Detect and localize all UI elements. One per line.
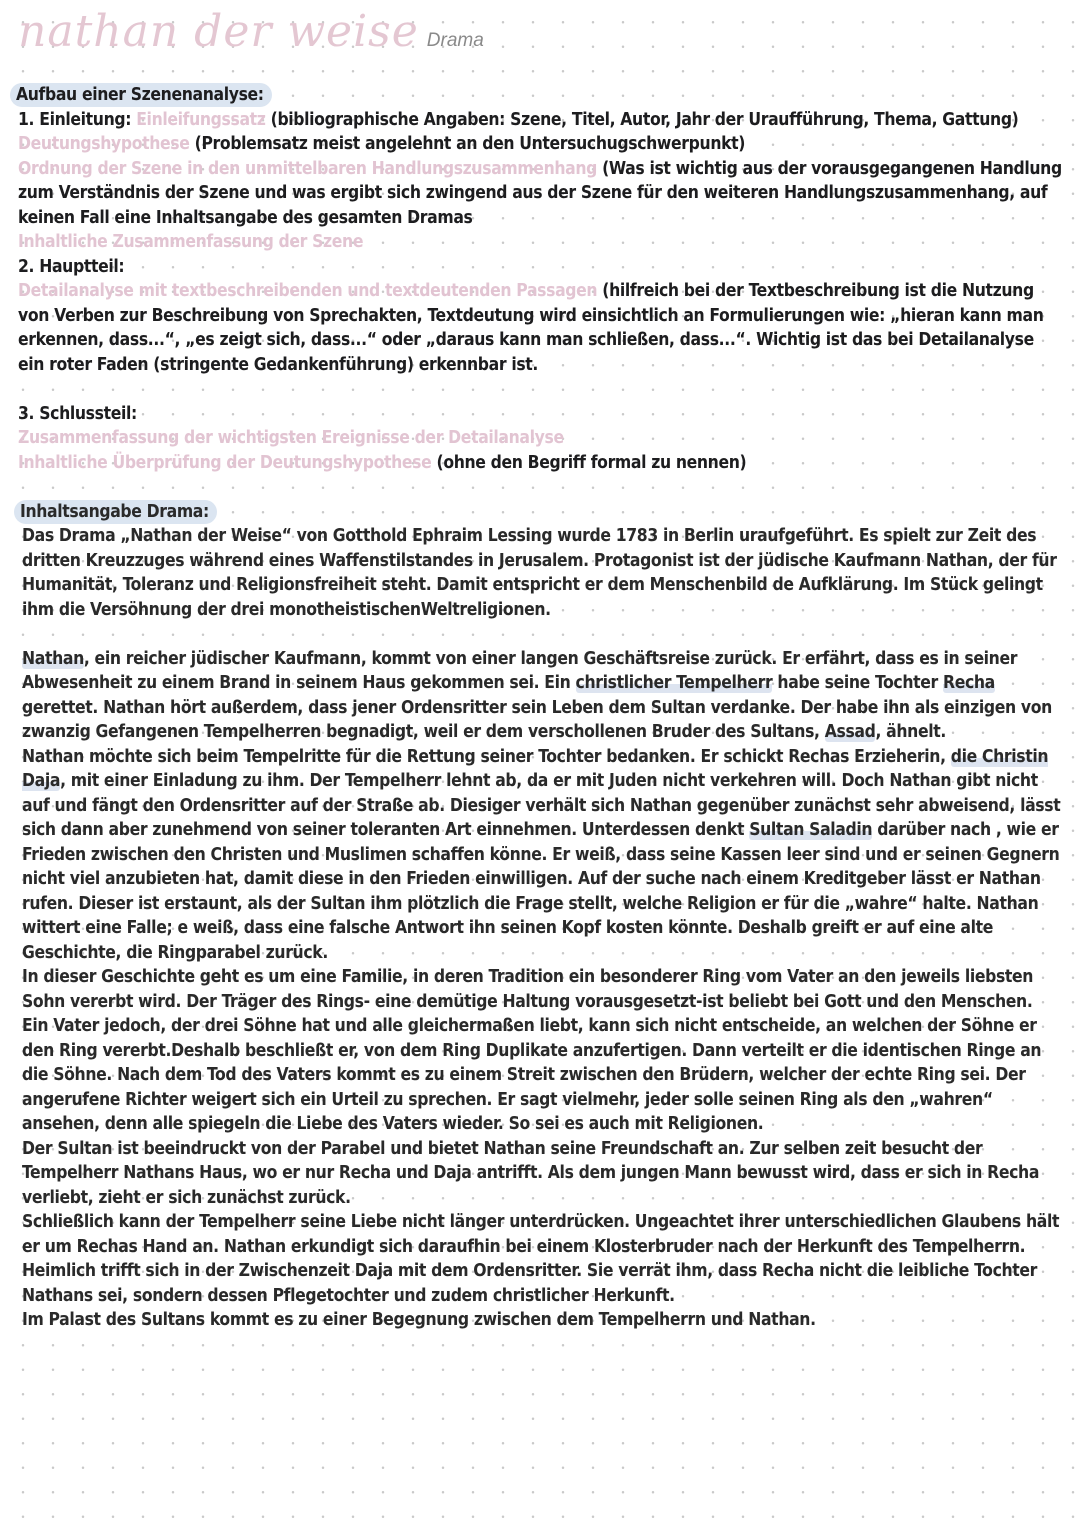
keyword-inhaltliche-zusammenfassung: Inhaltliche Zusammenfassung der Szene [18,232,363,252]
spacer [18,475,1063,500]
inhaltsangabe-paragraph-2: Nathan möchte sich beim Tempelritte für … [22,745,1063,966]
character-saladin: Sultan Saladin [749,820,872,840]
section-inhaltsangabe: Inhaltsangabe Drama: Das Drama „Nathan d… [22,500,1063,1333]
section-heading-szenenanalyse: Aufbau einer Szenenanalyse: [10,83,272,107]
keyword-detailanalyse: Detailanalyse mit textbeschreibenden und… [18,281,597,301]
character-assad: Assad [825,722,876,742]
page-subtitle: Drama [427,30,484,52]
page-title: nathan der weise [18,6,419,57]
spacer [18,377,1063,402]
schlussteil-label: 3. Schlussteil: [18,402,1063,427]
keyword-deutungshypothese: Deutungshypothese [18,134,190,154]
ueberpruefung-description: (ohne den Begriff formal zu nennen) [431,453,746,473]
schlussteil-line-1: Zusammenfassung der wichtigsten Ereignis… [18,426,1063,451]
page-header: nathan der weise Drama [18,6,484,57]
spacer [22,622,1063,647]
einleitung-label: 1. Einleitung: [18,110,131,130]
hauptteil-label: 2. Hauptteil: [18,255,1063,280]
keyword-ueberpruefung-deutungshypothese: Inhaltliche Überprüfung der Deutungshypo… [18,453,431,473]
section-szenenanalyse: Aufbau einer Szenenanalyse: 1. Einleitun… [18,83,1063,475]
einleitung-line-3: Ordnung der Szene in den unmittelbaren H… [18,157,1063,231]
section-heading-inhaltsangabe: Inhaltsangabe Drama: [14,500,217,524]
schlussteil-line-2: Inhaltliche Überprüfung der Deutungshypo… [18,451,1063,476]
notes-page: nathan der weise Drama Aufbau einer Szen… [0,0,1080,1525]
inhaltsangabe-paragraph-1: Nathan, ein reicher jüdischer Kaufmann, … [22,647,1063,745]
deutungshypothese-description: (Problemsatz meist angelehnt an den Unte… [190,134,746,154]
paragraph-text: habe seine Tochter [772,673,943,693]
inhaltsangabe-paragraph-4: Der Sultan ist beeindruckt von der Parab… [22,1137,1063,1211]
inhaltsangabe-paragraph-5: Schließlich kann der Tempelherr seine Li… [22,1210,1063,1308]
keyword-einleitungssatz: Einleifungssatz [136,110,265,130]
character-nathan: Nathan [22,649,84,669]
keyword-zusammenfassung-ereignisse: Zusammenfassung der wichtigsten Ereignis… [18,428,564,448]
paragraph-text: Nathan möchte sich beim Tempelritte für … [22,747,951,767]
notes-content: Aufbau einer Szenenanalyse: 1. Einleitun… [18,83,1063,1333]
einleitungssatz-description: (bibliographische Angaben: Szene, Titel,… [266,110,1019,130]
einleitung-line-4: Inhaltliche Zusammenfassung der Szene [18,230,1063,255]
character-tempelherr: christlicher Tempelherr [576,673,773,693]
einleitung-line-1: 1. Einleitung: Einleifungssatz (bibliogr… [18,108,1063,133]
einleitung-line-2: Deutungshypothese (Problemsatz meist ang… [18,132,1063,157]
hauptteil-line-1: Detailanalyse mit textbeschreibenden und… [18,279,1063,377]
inhaltsangabe-paragraph-6: Im Palast des Sultans kommt es zu einer … [22,1308,1063,1333]
keyword-ordnung-der-szene: Ordnung der Szene in den unmittelbaren H… [18,159,597,179]
character-recha: Recha [943,673,995,693]
inhaltsangabe-intro: Das Drama „Nathan der Weise“ von Gotthol… [22,524,1063,622]
inhaltsangabe-paragraph-3: In dieser Geschichte geht es um eine Fam… [22,965,1063,1137]
paragraph-text: darüber nach , wie er Frieden zwischen d… [22,820,1059,963]
paragraph-text: , ähnelt. [875,722,945,742]
